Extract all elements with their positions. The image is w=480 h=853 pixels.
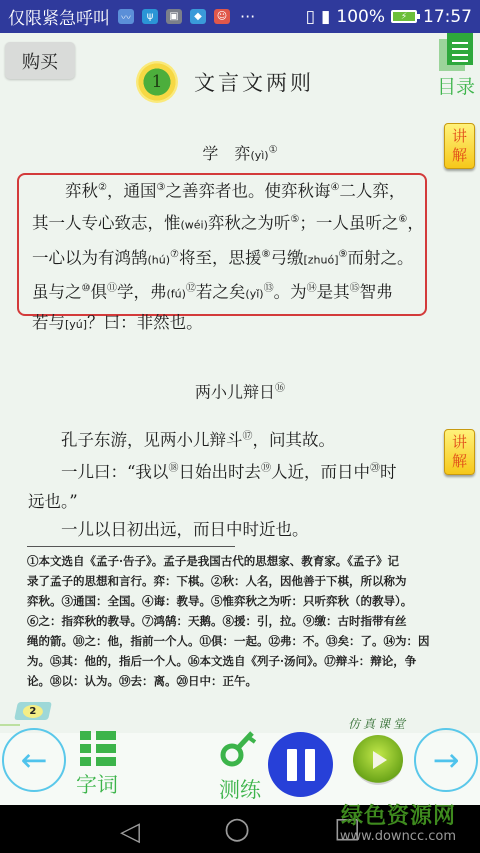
battery-charging-icon: ⚡ [391,10,417,23]
words-button[interactable]: 字词 [72,729,122,799]
text-line: 弈秋②，通国③之善弈者也。使弈秋诲④二人弈， [32,174,424,206]
play-icon [353,735,403,785]
footnote-line: 录了孟子的思想和言行。弈：下棋。②秋：人名，因他善于下棋，所以称为 [27,571,442,591]
vibrate-icon: ▯ [306,7,315,27]
arrow-left-icon: ← [21,741,48,779]
security-shield-icon: ◆ [190,9,206,24]
status-bar: 仅限紧急呼叫 〰 ψ ▣ ◆ ☺ ··· ▯ ▮ 100% ⚡ 17:57 [0,0,480,33]
home-nav-button[interactable]: ○ [224,811,250,846]
footnote-line: 论。⑱以：认为。⑲去：离。⑳日中：正午。 [27,671,442,691]
previous-page-button[interactable]: ← [2,728,66,792]
textbook-page: 购买 1 文言文两则 目录 讲 解 学 弈(yì)① 弈秋②，通国③之善弈者也。… [0,33,480,733]
system-nav-bar: ◁ ○ □ 绿色资源网 www.downcc.com [0,805,480,853]
section1-title: 学 弈(yì)① [0,141,480,164]
words-grid-icon [76,729,118,769]
pause-button[interactable] [268,732,333,797]
key-icon [218,729,262,769]
watermark: 绿色资源网 www.downcc.com [340,805,456,845]
text-line: 一儿以日初出远，而日中时近也。 [28,516,396,545]
sim-card-icon: ▮ [321,7,330,27]
section1-text: 弈秋②，通国③之善弈者也。使弈秋诲④二人弈， 其一人专心致志，惟(wéi)弈秋之… [32,174,424,340]
text-line: 一儿曰：“我以⑱日始出时去⑲人近，而日中⑳时 [28,455,396,487]
document-list-icon [439,33,473,71]
buy-button[interactable]: 购买 [5,42,75,79]
simulated-class-button[interactable]: 仿真课堂 [342,715,414,795]
text-line: 虽与之⑩俱⑪学，弗(fú)⑫若之矣(yǐ)⑬。为⑭是其⑮智弗 [32,275,424,309]
health-app-icon: 〰 [118,9,134,24]
text-line: 一心以为有鸿鹄(hú)⑦将至，思援⑧弓缴[zhuó]⑨而射之。 [32,241,424,275]
battery-percent: 100% [336,7,385,27]
more-notifications-icon: ··· [240,7,255,26]
lesson-number-badge: 1 [136,61,178,103]
usb-icon: ψ [142,9,158,24]
explain-button-section2[interactable]: 讲 解 [444,429,475,475]
text-line: 远也。” [28,488,396,517]
toc-label: 目录 [434,72,478,99]
back-nav-button[interactable]: ◁ [120,817,140,847]
quiz-button[interactable]: 测练 [214,729,266,804]
pause-icon [287,749,297,781]
footnote-divider [27,546,235,547]
app-notification-icon: ☺ [214,9,230,24]
text-line: 孔子东游，见两小儿辩斗⑰，问其故。 [28,423,396,455]
footnote-line: 绳的箭。⑩之：他，指前一个人。⑪俱：一起。⑫弗：不。⑬矣：了。⑭为：因 [27,631,442,651]
footnote-line: ①本文选自《孟子·告子》。孟子是我国古代的思想家、教育家。《孟子》记 [27,551,442,571]
clock: 17:57 [423,7,472,27]
text-line: 其一人专心致志，惟(wéi)弈秋之为听⑤；一人虽听之⑥， [32,206,424,240]
footnote-line: 为。⑮其：他的，指后一个人。⑯本文选自《列子·汤问》。⑰辩斗：辩论，争 [27,651,442,671]
lesson-title: 文言文两则 [194,67,314,97]
carrier-text: 仅限紧急呼叫 [8,4,110,29]
footnotes: ①本文选自《孟子·告子》。孟子是我国古代的思想家、教育家。《孟子》记 录了孟子的… [27,551,442,691]
page-number-line [0,724,20,726]
next-page-button[interactable]: → [414,728,478,792]
page-number-badge: 2 [14,702,52,720]
section2-title: 两小儿辩日⑯ [0,379,480,402]
arrow-right-icon: → [433,741,460,779]
footnote-line: ⑥之：指弈秋的教导。⑦鸿鹄：天鹅。⑧援：引，拉。⑨缴：古时指带有丝 [27,611,442,631]
gallery-icon: ▣ [166,9,182,24]
bottom-toolbar: ← 字词 测练 仿真课堂 → [0,733,480,805]
text-line: 若与[yú]？曰：非然也。 [32,309,424,340]
section2-text: 孔子东游，见两小儿辩斗⑰，问其故。 一儿曰：“我以⑱日始出时去⑲人近，而日中⑳时… [28,423,396,545]
footnote-line: 弈秋。③通国：全国。④诲：教导。⑤惟弈秋之为听：只听弈秋（的教导）。 [27,591,442,611]
table-of-contents-button[interactable]: 目录 [434,33,478,99]
lesson-header: 1 文言文两则 [136,61,314,103]
